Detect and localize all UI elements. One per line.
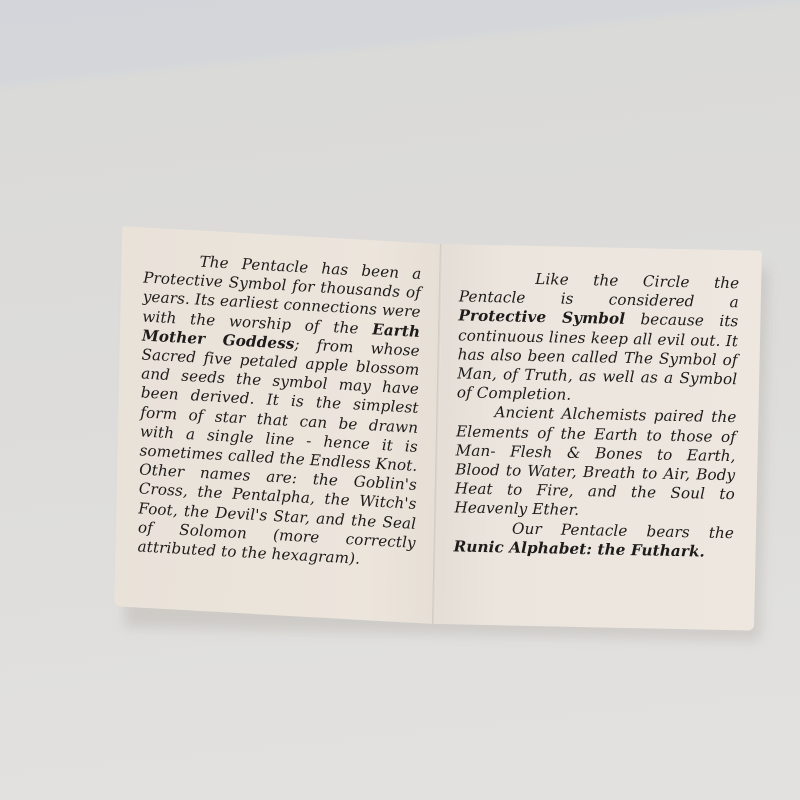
- right-paragraph-1: Like the Circle the Pentacle is consider…: [457, 268, 740, 408]
- pentacle-info-card: The Pentacle has been a Protective Symbo…: [114, 237, 762, 630]
- paragraph-indent: [459, 282, 535, 284]
- paragraph-indent: [454, 532, 512, 533]
- paragraph-indent: [144, 263, 200, 266]
- left-panel-text: The Pentacle has been a Protective Symbo…: [137, 249, 421, 572]
- right-p2-text: Ancient Alchemists paired the Elements o…: [454, 404, 736, 520]
- left-panel: The Pentacle has been a Protective Symbo…: [114, 226, 440, 624]
- right-panel: Like the Circle the Pentacle is consider…: [432, 244, 762, 631]
- right-paragraph-3: Our Pentacle bears the Runic Alphabet: t…: [453, 518, 734, 562]
- left-text-part-2: ; from whose Sacred five petaled apple b…: [137, 335, 420, 568]
- protective-symbol-emphasis: Protective Symbol: [458, 307, 625, 328]
- paragraph-indent: [456, 417, 494, 418]
- right-p1-part-1: Like the Circle the Pentacle is consider…: [459, 270, 740, 311]
- runic-alphabet-emphasis: Runic Alphabet: the Futhark.: [453, 537, 705, 560]
- right-paragraph-2: Ancient Alchemists paired the Elements o…: [454, 403, 736, 524]
